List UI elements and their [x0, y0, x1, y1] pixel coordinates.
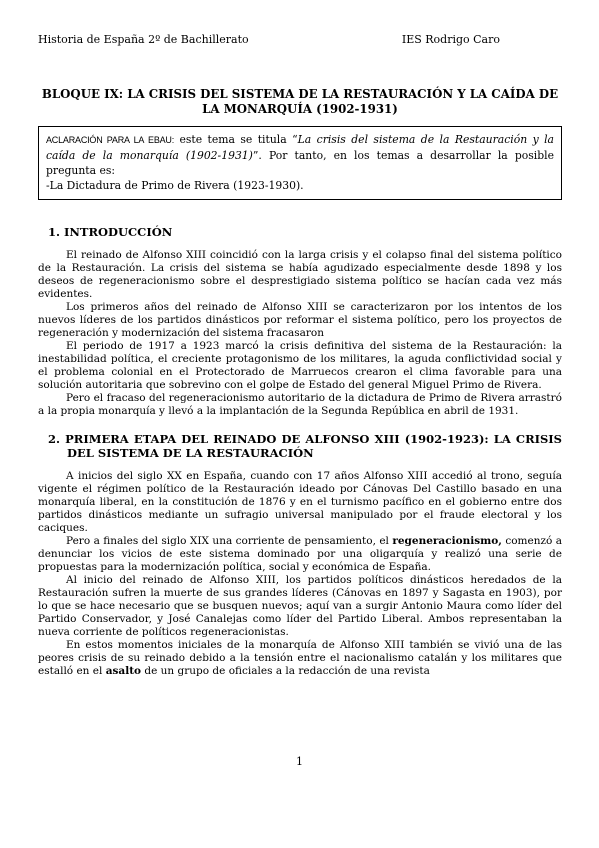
paragraph-text: Pero a finales del siglo XIX una corrien… [66, 535, 392, 547]
paragraph: A inicios del siglo XX en España, cuando… [38, 470, 562, 535]
paragraph-text: El reinado de Alfonso XIII coincidió con… [38, 249, 562, 300]
paragraph: El periodo de 1917 a 1923 marcó la crisi… [38, 340, 562, 392]
document-title: BLOQUE IX: LA CRISIS DEL SISTEMA DE LA R… [38, 87, 562, 117]
paragraph: Al inicio del reinado de Alfonso XIII, l… [38, 574, 562, 639]
paragraph: El reinado de Alfonso XIII coincidió con… [38, 249, 562, 301]
bold-term: asalto [106, 665, 141, 677]
section-heading: 1. INTRODUCCIÓN [38, 225, 562, 239]
header-course-title: Historia de España 2º de Bachillerato [38, 33, 249, 47]
paragraph: Los primeros años del reinado de Alfonso… [38, 301, 562, 340]
page-header: Historia de España 2º de Bachillerato IE… [38, 33, 562, 47]
bold-term: regeneracionismo, [392, 535, 502, 547]
paragraph: Pero a finales del siglo XIX una corrien… [38, 535, 562, 574]
note-bullet-item: -La Dictadura de Primo de Rivera (1923-1… [46, 178, 554, 193]
paragraph: En estos momentos iniciales de la monarq… [38, 639, 562, 678]
paragraph-text: A inicios del siglo XX en España, cuando… [38, 470, 562, 534]
page-number: 1 [0, 755, 599, 768]
section-heading: 2. PRIMERA ETAPA DEL REINADO DE ALFONSO … [38, 432, 562, 460]
header-school-name: IES Rodrigo Caro [402, 33, 500, 47]
ebau-note-box: ACLARACIÓN PARA LA EBAU: este tema se ti… [38, 126, 562, 200]
sections: 1. INTRODUCCIÓNEl reinado de Alfonso XII… [38, 225, 562, 678]
paragraph-text: El periodo de 1917 a 1923 marcó la crisi… [38, 340, 562, 391]
note-label: ACLARACIÓN PARA LA EBAU: [46, 135, 174, 145]
document-page: Historia de España 2º de Bachillerato IE… [0, 0, 599, 848]
paragraph: Pero el fracaso del regeneracionismo aut… [38, 392, 562, 418]
paragraph-text: Al inicio del reinado de Alfonso XIII, l… [38, 574, 562, 638]
note-text-before: este tema se titula “ [174, 133, 298, 146]
paragraph-text: de un grupo de oficiales a la redacción … [141, 665, 430, 677]
paragraph-text: Pero el fracaso del regeneracionismo aut… [38, 392, 562, 417]
paragraph-text: Los primeros años del reinado de Alfonso… [38, 301, 562, 339]
